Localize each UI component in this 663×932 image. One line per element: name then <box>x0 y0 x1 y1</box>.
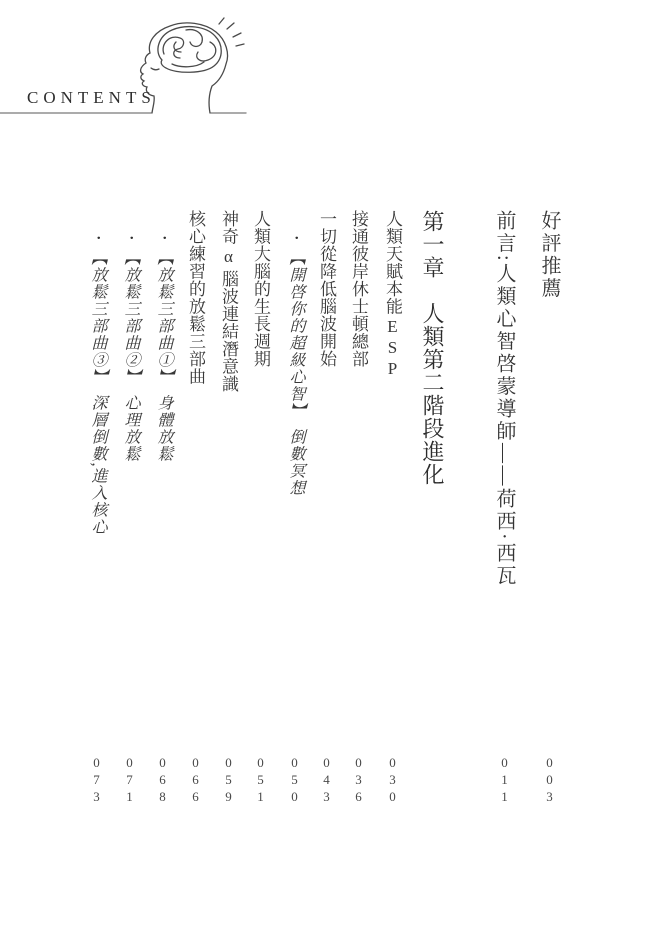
bullet-icon: • <box>158 236 169 241</box>
toc-page-number: 066 <box>189 755 202 806</box>
toc-entry-6[interactable]: 一切從降低腦波開始 <box>318 210 335 368</box>
toc-page-number: 068 <box>156 755 169 806</box>
toc-entry-2[interactable]: 前言:人類心智啓蒙導師——荷西·西瓦 <box>494 210 514 587</box>
toc-page-number: 051 <box>254 755 267 806</box>
toc-entry-1[interactable]: 好評推薦 <box>539 210 559 300</box>
toc-page-number: 059 <box>222 755 235 806</box>
toc-entry-8[interactable]: 人類大腦的生長週期 <box>252 210 269 368</box>
toc-page-number: 011 <box>498 755 511 806</box>
toc-entry-title: 接通彼岸休士頓總部 <box>349 210 368 368</box>
toc-page-number: 071 <box>123 755 136 806</box>
toc-entry-11[interactable]: •【放鬆三部曲①】 身體放鬆 <box>155 236 171 463</box>
toc-entry-title: 【放鬆三部曲①】 身體放鬆 <box>155 250 172 463</box>
toc-entry-title: 一切從降低腦波開始 <box>317 210 336 368</box>
toc-entry-7[interactable]: •【開啓你的超級心智】 倒數冥想 <box>287 236 303 497</box>
toc-entry-12[interactable]: •【放鬆三部曲②】 心理放鬆 <box>122 236 138 463</box>
toc-page-number: 036 <box>352 755 365 806</box>
toc-entry-title: 前言:人類心智啓蒙導師——荷西·西瓦 <box>493 210 515 587</box>
toc-entry-title: 核心練習的放鬆三部曲 <box>186 210 205 385</box>
toc-entry-title: 好評推薦 <box>538 210 560 300</box>
toc-entry-9[interactable]: 神奇α腦波連結潛意識 <box>220 210 237 393</box>
toc-entry-5[interactable]: 接通彼岸休士頓總部 <box>350 210 367 368</box>
toc-entry-3[interactable]: 第一章 人類第二階段進化 <box>421 210 443 486</box>
toc-entry-title: 【開啓你的超級心智】 倒數冥想 <box>287 250 304 497</box>
toc-page-number: 050 <box>288 755 301 806</box>
bullet-icon: • <box>92 236 103 241</box>
bullet-icon: • <box>290 236 301 241</box>
toc-entry-title: 人類大腦的生長週期 <box>251 210 270 368</box>
toc-entry-title: 第一章 人類第二階段進化 <box>420 210 445 486</box>
bullet-icon: • <box>125 236 136 241</box>
toc-entry-title: 人類天賦本能ESP <box>383 210 402 382</box>
contents-title: CONTENTS <box>27 88 156 108</box>
toc-entry-title: 【放鬆三部曲③】 深層倒數,進入核心 <box>89 250 106 536</box>
toc-page-number: 073 <box>90 755 103 806</box>
toc-page-number: 043 <box>320 755 333 806</box>
toc-page-number: 030 <box>386 755 399 806</box>
toc-entry-title: 【放鬆三部曲②】 心理放鬆 <box>122 250 139 463</box>
toc-entry-4[interactable]: 人類天賦本能ESP <box>384 210 401 382</box>
toc-page-number: 003 <box>543 755 556 806</box>
toc-entry-10[interactable]: 核心練習的放鬆三部曲 <box>187 210 204 385</box>
toc-entry-13[interactable]: •【放鬆三部曲③】 深層倒數,進入核心 <box>89 236 105 536</box>
contents-page: CONTENTS 好評推薦003前言:人類心智啓蒙導師——荷西·西瓦011第一章… <box>0 0 663 932</box>
toc-entry-title: 神奇α腦波連結潛意識 <box>219 210 238 393</box>
